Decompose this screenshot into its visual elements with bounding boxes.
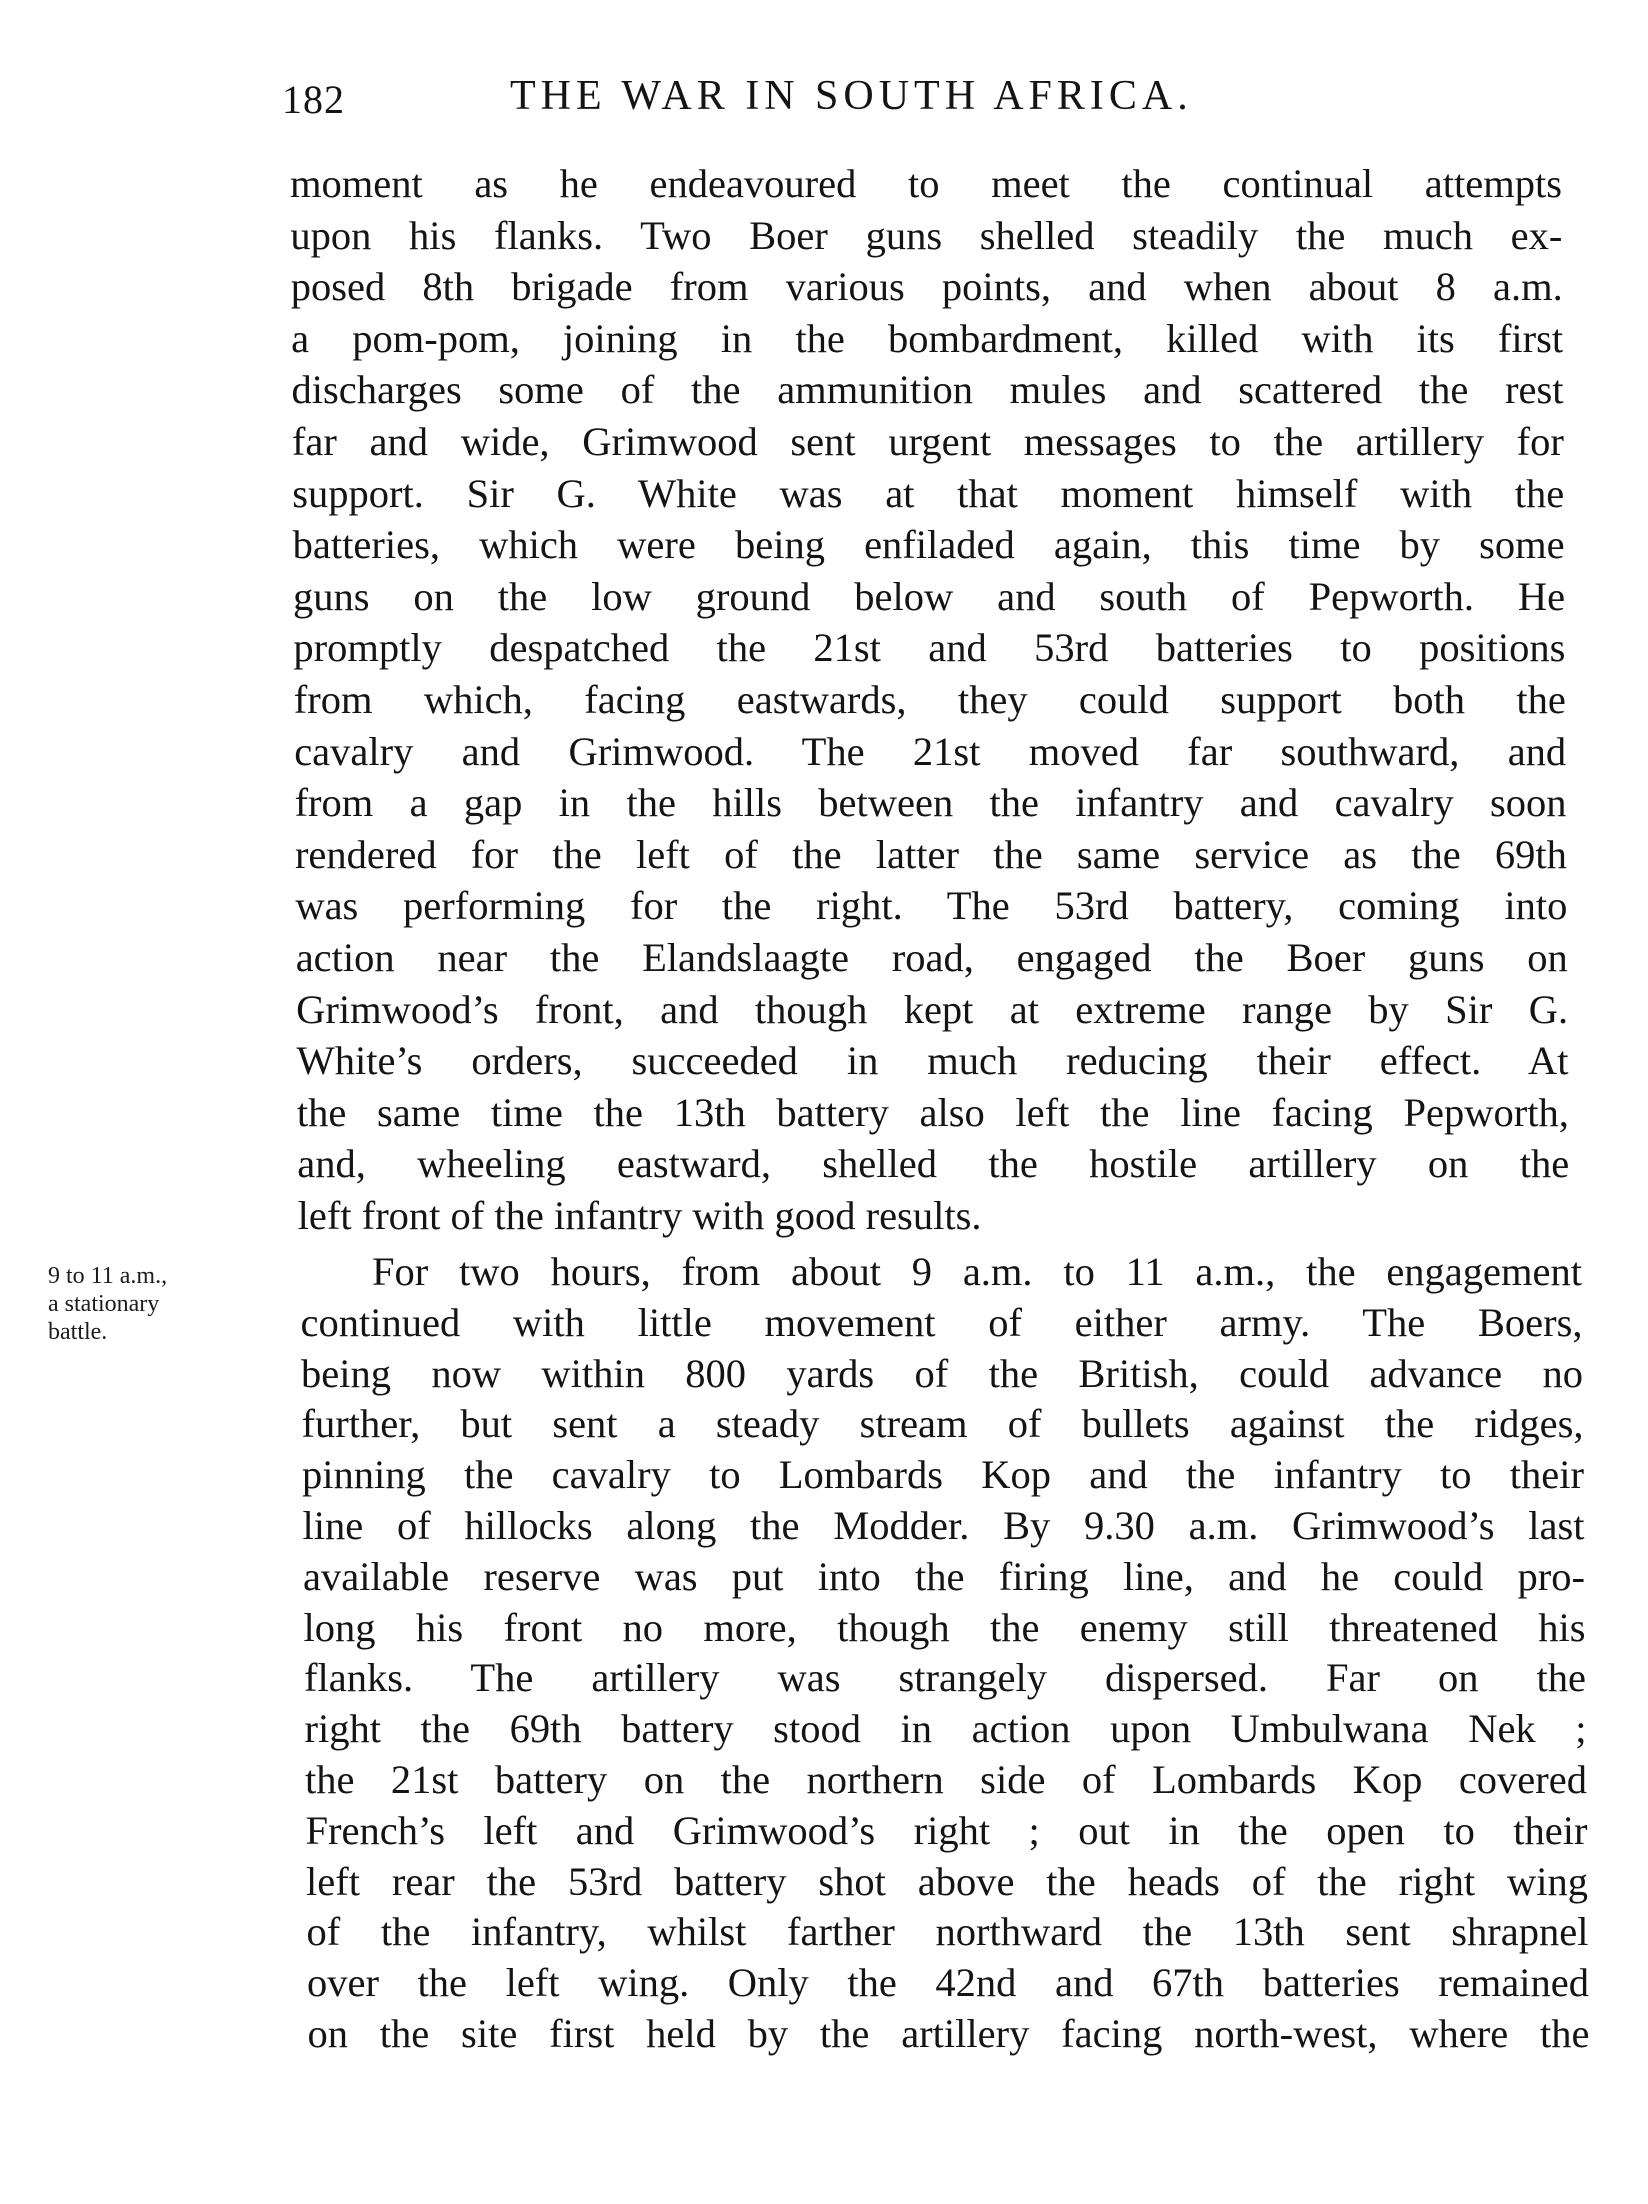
text-line: long his front no more, though the enemy…: [304, 1604, 1586, 1652]
text-line: rendered for the left of the latter the …: [295, 831, 1567, 879]
text-line: discharges some of the ammunition mules …: [292, 366, 1564, 414]
text-line: For two hours, from about 9 a.m. to 11 a…: [300, 1248, 1582, 1296]
text-line: was performing for the right. The 53rd b…: [295, 882, 1567, 930]
text-line: from a gap in the hills between the infa…: [295, 779, 1567, 827]
text-line: the same time the 13th battery also left…: [297, 1089, 1569, 1137]
running-title: THE WAR IN SOUTH AFRICA.: [510, 72, 1193, 120]
text-line: further, but sent a steady stream of bul…: [302, 1400, 1584, 1448]
text-line: and, wheeling eastward, shelled the host…: [297, 1140, 1569, 1188]
sidenote-line: 9 to 11 a.m.,: [48, 1262, 167, 1290]
text-line: the 21st battery on the northern side of…: [305, 1756, 1587, 1804]
page-number: 182: [282, 76, 345, 123]
text-line: available reserve was put into the firin…: [303, 1553, 1585, 1601]
text-line: support. Sir G. White was at that moment…: [292, 470, 1564, 518]
text-line: over the left wing. Only the 42nd and 67…: [307, 1959, 1589, 2007]
text-line: right the 69th battery stood in action u…: [305, 1705, 1587, 1753]
text-line: on the site first held by the artillery …: [308, 2010, 1590, 2058]
running-head: 182 THE WAR IN SOUTH AFRICA.: [0, 72, 1648, 132]
text-line: left front of the infantry with good res…: [298, 1192, 1570, 1240]
text-line: being now within 800 yards of the Britis…: [301, 1350, 1583, 1398]
book-page: 182 THE WAR IN SOUTH AFRICA. 9 to 11 a.m…: [0, 0, 1648, 2204]
text-line: a pom-pom, joining in the bombardment, k…: [291, 315, 1563, 363]
text-line: flanks. The artillery was strangely disp…: [304, 1654, 1586, 1702]
text-line: pinning the cavalry to Lombards Kop and …: [302, 1451, 1584, 1499]
margin-sidenote: 9 to 11 a.m., a stationary battle.: [48, 1262, 167, 1346]
text-line: continued with little movement of either…: [301, 1299, 1583, 1347]
text-line: French’s left and Grimwood’s right ; out…: [306, 1807, 1588, 1855]
text-line: White’s orders, succeeded in much reduci…: [296, 1037, 1568, 1085]
text-line: of the infantry, whilst farther northwar…: [307, 1908, 1589, 1956]
text-line: posed 8th brigade from various points, a…: [291, 263, 1563, 311]
text-line: guns on the low ground below and south o…: [293, 573, 1565, 621]
text-line: moment as he endeavoured to meet the con…: [290, 160, 1562, 208]
text-line: upon his flanks. Two Boer guns shelled s…: [290, 212, 1562, 260]
sidenote-line: a stationary: [48, 1290, 167, 1318]
text-line: promptly despatched the 21st and 53rd ba…: [293, 624, 1565, 672]
text-line: line of hillocks along the Modder. By 9.…: [303, 1502, 1585, 1550]
text-line: action near the Elandslaagte road, engag…: [296, 934, 1568, 982]
sidenote-line: battle.: [48, 1318, 167, 1346]
text-line: Grimwood’s front, and though kept at ext…: [296, 986, 1568, 1034]
text-line: far and wide, Grimwood sent urgent messa…: [292, 418, 1564, 466]
text-line: from which, facing eastwards, they could…: [294, 676, 1566, 724]
text-line: left rear the 53rd battery shot above th…: [306, 1858, 1588, 1906]
text-line: batteries, which were being enfiladed ag…: [293, 521, 1565, 569]
text-line: cavalry and Grimwood. The 21st moved far…: [294, 728, 1566, 776]
